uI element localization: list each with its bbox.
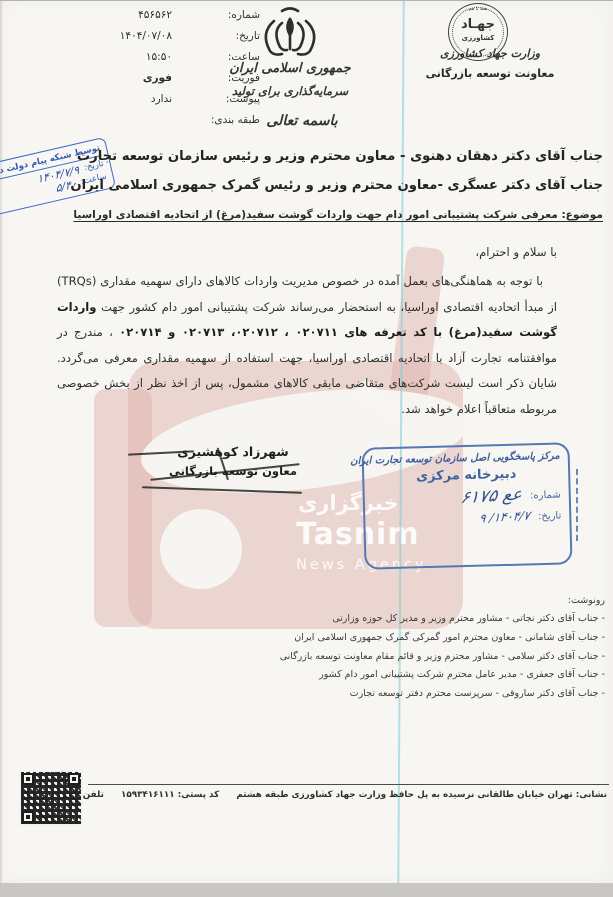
secretariat-org-line: مرکز پاسخگویی اصل سازمان توسعه تجارت ایر… — [372, 451, 560, 467]
signature-block: شهرزاد کوهشیری معاون توسعه بازرگانی — [148, 444, 318, 478]
scan-background-strip — [0, 883, 613, 897]
salutation: با سلام و احترام، — [57, 245, 557, 259]
cc-item: - جناب آقای شامانی - معاون محترم امور گم… — [185, 629, 605, 648]
recipient-line-1: جناب آقای دکتر دهقان دهنوی - معاون محترم… — [7, 149, 603, 164]
scanned-letter-page: خبرگزاری Tasnim News Agency شماره: ۴۵۶۵۶… — [0, 0, 613, 884]
qr-code — [21, 772, 81, 824]
secretariat-stamp-dashed-edge — [576, 469, 578, 541]
seal-title-line2: کشاورزی — [448, 34, 508, 42]
footer-postal-code: کد پستی: ۱۵۹۳۴۱۶۱۱۱ — [121, 790, 219, 800]
secretariat-date-handwritten: ۱۴۰۴/۷/ ۹ — [478, 508, 531, 525]
seal-motto: همه با هم — [448, 7, 508, 12]
classification-label: طبقه بندی: — [186, 114, 260, 126]
number-value: ۴۵۶۵۶۲ — [138, 9, 172, 21]
tasnim-watermark-calligraphy-dot — [160, 509, 242, 589]
qr-finder-pattern — [22, 773, 34, 785]
year-slogan: سرمایه‌گذاری برای تولید — [196, 84, 384, 98]
letter-body-paragraph: با توجه به هماهنگی‌های بعمل آمده در خصوص… — [57, 269, 557, 422]
tasnim-watermark-column — [94, 389, 152, 627]
qr-finder-pattern — [22, 811, 34, 823]
secretariat-office-line: دبیرخانه مرکزی — [372, 466, 560, 486]
trade-organization-secretariat-stamp: مرکز پاسخگویی اصل سازمان توسعه تجارت ایر… — [361, 442, 572, 569]
scan-edge — [0, 1, 2, 884]
secretariat-date-label: تاریخ: — [538, 510, 562, 522]
date-label: تاریخ: — [186, 30, 260, 42]
seal-title-line1: جهـاد — [448, 17, 508, 32]
footer-divider — [88, 784, 609, 785]
cc-label: رونوشت: — [185, 595, 605, 606]
cc-item: - جناب آقای دکتر سلامی - مشاور محترم وزی… — [185, 648, 605, 667]
recipient-line-2: جناب آقای دکتر عسگری -معاون محترم وزیر و… — [7, 178, 603, 193]
footer-contact-line: نشانی: تهران خیابان طالقانی نرسیده به پل… — [3, 790, 607, 800]
footer-address: نشانی: تهران خیابان طالقانی نرسیده به پل… — [236, 790, 607, 800]
ministry-name: وزارت جهاد کشاورزی — [430, 47, 550, 60]
subject-line: موضوع: معرفی شرکت پشتیبانی امور دام جهت … — [7, 209, 603, 221]
number-label: شماره: — [186, 9, 260, 21]
iran-national-emblem-icon — [252, 7, 328, 61]
scan-fold-line — [397, 1, 404, 884]
signature-stroke — [142, 486, 302, 493]
qr-finder-pattern — [68, 773, 80, 785]
cc-item: - جناب آقای جعفری - مدیر عامل محترم شرکت… — [185, 666, 605, 685]
basmala: باسمه تعالی — [252, 113, 352, 129]
cc-item: - جناب آقای دکتر نجاتی - مشاور محترم وزی… — [185, 610, 605, 629]
urgency-value: فوری — [143, 72, 172, 84]
republic-title: جمهوری اسلامی ایران — [210, 61, 370, 76]
body-seg1: با توجه به هماهنگی‌های بعمل آمده در خصوص… — [57, 274, 557, 314]
meta-number: شماره: ۴۵۶۵۶۲ — [42, 9, 260, 21]
secretariat-number-handwritten: عع ۶۱۷۵ — [459, 484, 524, 508]
meta-date: تاریخ: ۱۴۰۴/۰۷/۰۸ — [42, 30, 260, 42]
cc-block: رونوشت: - جناب آقای دکتر نجاتی - مشاور م… — [185, 595, 605, 704]
deputy-office-name: معاونت توسعه بازرگانی — [424, 67, 556, 80]
secretariat-number-label: شماره: — [530, 489, 561, 501]
meta-classification: طبقه بندی: — [42, 114, 260, 126]
cc-item: - جناب آقای دکتر ساروقی - سرپرست محترم د… — [185, 685, 605, 704]
date-value: ۱۴۰۴/۰۷/۰۸ — [120, 30, 172, 42]
attachment-value: ندارد — [151, 93, 172, 105]
secretariat-number-row: شماره: عع ۶۱۷۵ — [373, 485, 561, 510]
time-value: ۱۵:۵۰ — [146, 51, 172, 63]
secretariat-date-row: تاریخ: ۱۴۰۴/۷/ ۹ — [373, 509, 561, 528]
